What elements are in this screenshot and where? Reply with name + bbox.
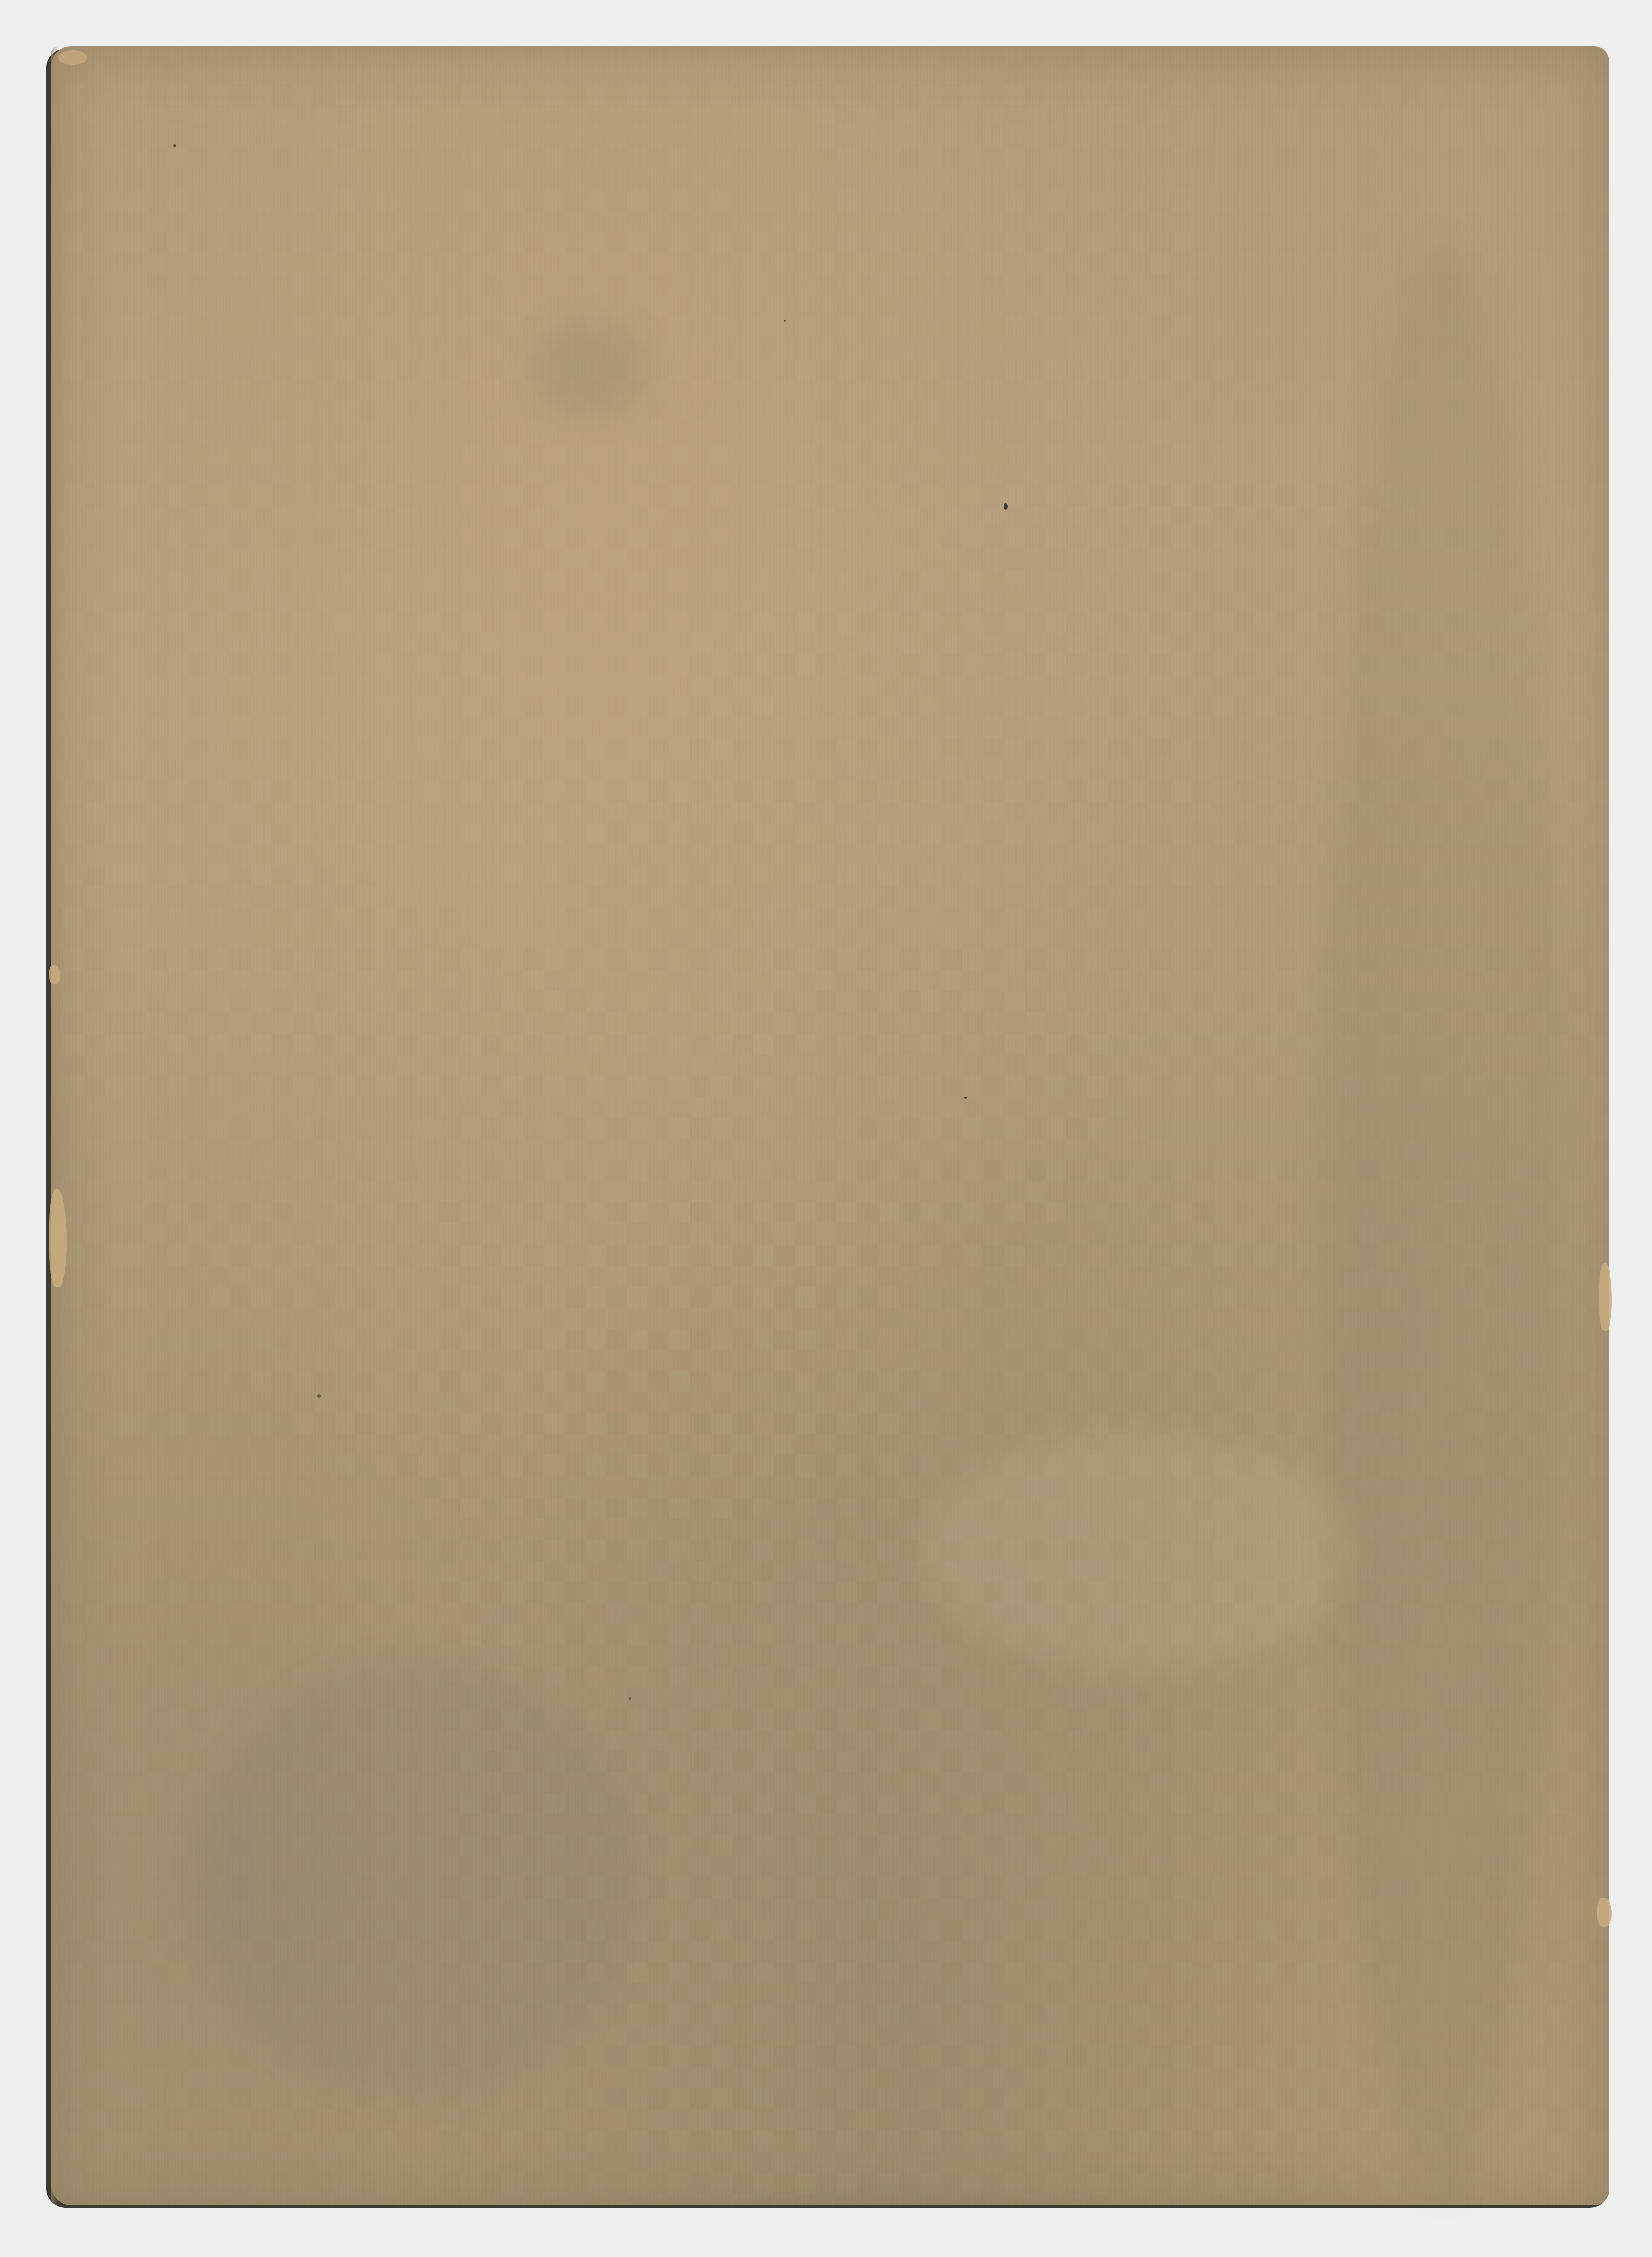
light-abrasion-area: [920, 1429, 1360, 1673]
edge-tear-left: [49, 1189, 67, 1287]
dark-speck: [964, 1097, 967, 1099]
brown-speck: [317, 1394, 321, 1398]
brown-speck: [784, 320, 786, 322]
corner-wear-top-left: [58, 50, 87, 65]
lower-left-darkening: [198, 1658, 637, 2098]
edge-darkening: [1321, 242, 1565, 2195]
brown-speck: [173, 144, 176, 147]
card-left-edge: [51, 46, 58, 2205]
brown-speck: [629, 1697, 631, 1700]
dark-speck: [1004, 503, 1008, 510]
blank-card: [51, 46, 1609, 2205]
edge-nick-left: [49, 965, 60, 984]
smudge-stain: [530, 320, 647, 418]
